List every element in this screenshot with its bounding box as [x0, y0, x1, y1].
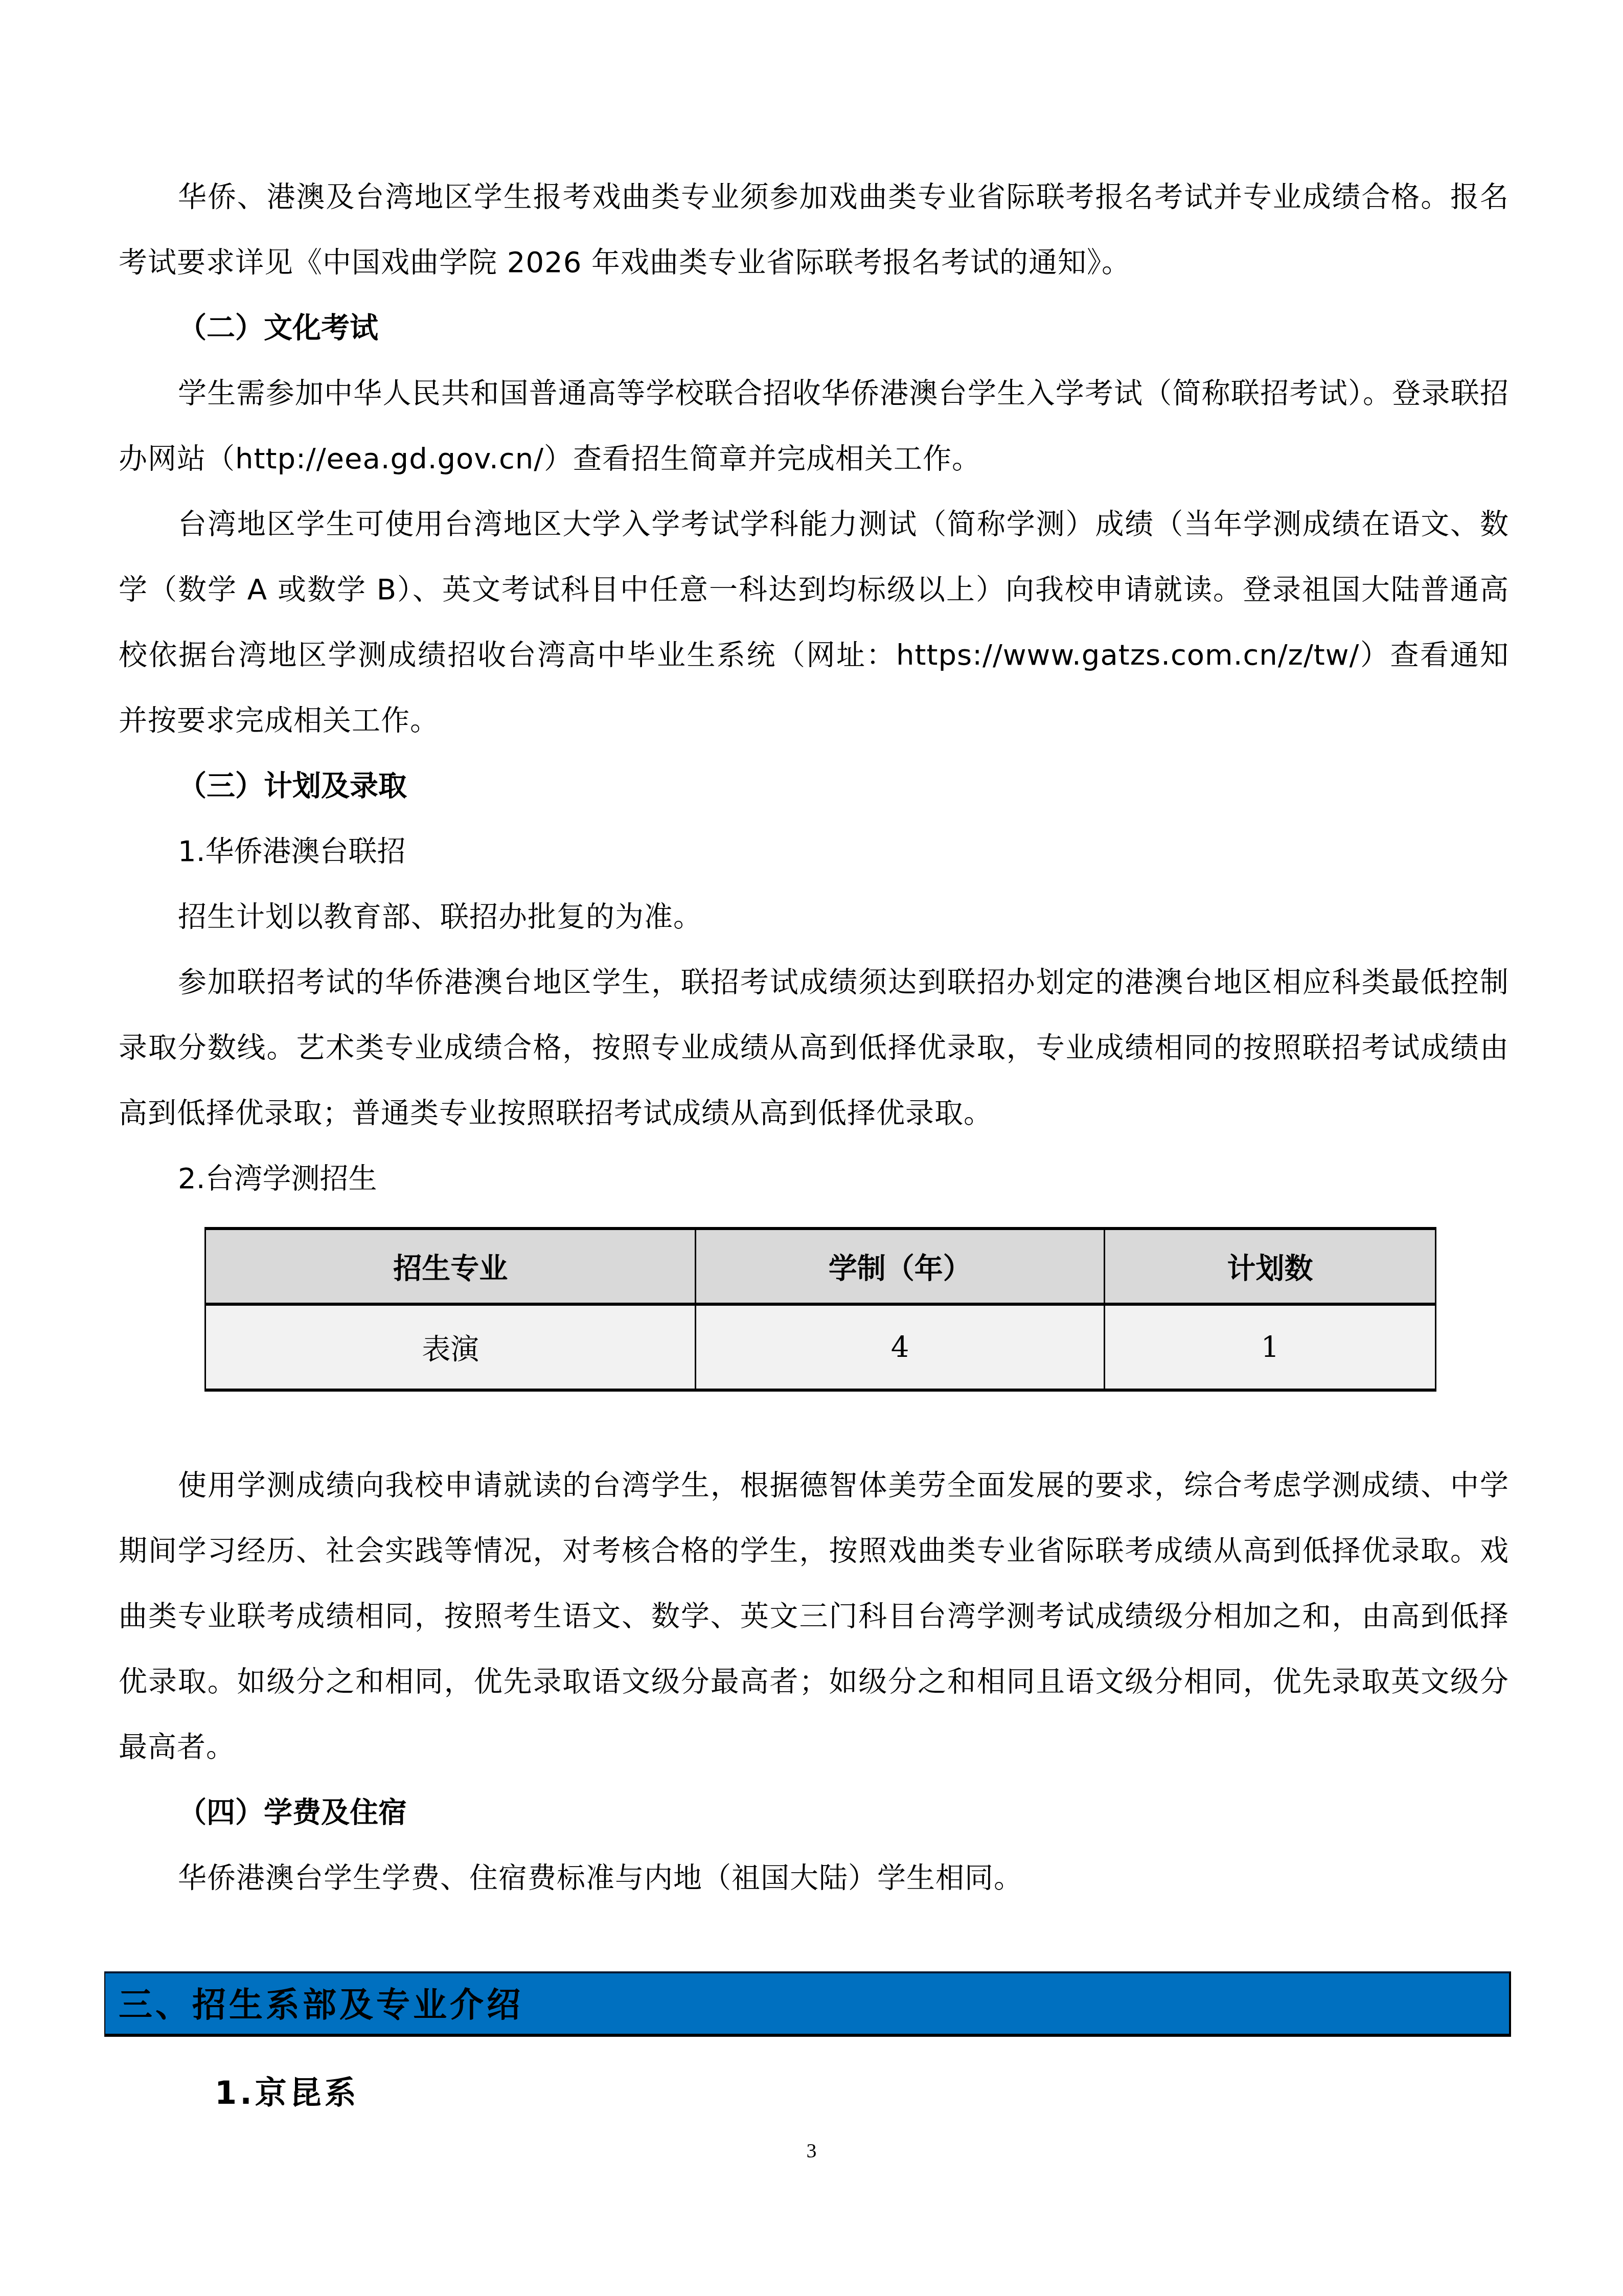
- table-header-row: 招生专业 学制（年） 计划数: [205, 1229, 1436, 1304]
- section-heading-plan-admission: （三）计划及录取: [119, 754, 1509, 819]
- cell-quota: 1: [1104, 1304, 1435, 1390]
- page-number: 3: [0, 2138, 1623, 2164]
- paragraph-admission-rules: 参加联招考试的华侨港澳台地区学生，联招考试成绩须达到联招办划定的港澳台地区相应科…: [119, 950, 1509, 1146]
- subheading-joint-admission: 1.华侨港澳台联招: [119, 819, 1509, 884]
- cell-major: 表演: [205, 1304, 696, 1390]
- section-heading-tuition-housing: （四）学费及住宿: [119, 1780, 1509, 1846]
- page-content: 华侨、港澳及台湾地区学生报考戏曲类专业须参加戏曲类专业省际联考报名考试并专业成绩…: [119, 165, 1509, 1911]
- column-header-quota: 计划数: [1104, 1229, 1435, 1304]
- chapter-banner: 三、招生系部及专业介绍: [104, 1971, 1511, 2037]
- subheading-taiwan-gsat-admission: 2.台湾学测招生: [119, 1146, 1509, 1212]
- paragraph-opera-exam-requirement: 华侨、港澳及台湾地区学生报考戏曲类专业须参加戏曲类专业省际联考报名考试并专业成绩…: [119, 165, 1509, 295]
- paragraph-tuition: 华侨港澳台学生学费、住宿费标准与内地（祖国大陆）学生相同。: [119, 1846, 1509, 1911]
- column-header-major: 招生专业: [205, 1229, 696, 1304]
- department-heading: 1.京昆系: [215, 2073, 359, 2113]
- paragraph-taiwan-admission-rules: 使用学测成绩向我校申请就读的台湾学生，根据德智体美劳全面发展的要求，综合考虑学测…: [119, 1453, 1509, 1780]
- paragraph-joint-exam: 学生需参加中华人民共和国普通高等学校联合招收华侨港澳台学生入学考试（简称联招考试…: [119, 361, 1509, 492]
- chapter-banner-title: 三、招生系部及专业介绍: [119, 1981, 523, 2030]
- section-heading-culture-exam: （二）文化考试: [119, 295, 1509, 361]
- column-header-duration: 学制（年）: [696, 1229, 1105, 1304]
- cell-duration: 4: [696, 1304, 1105, 1390]
- enrollment-plan-table: 招生专业 学制（年） 计划数 表演 4 1: [204, 1227, 1436, 1392]
- document-page: 华侨、港澳及台湾地区学生报考戏曲类专业须参加戏曲类专业省际联考报名考试并专业成绩…: [0, 0, 1623, 2296]
- paragraph-taiwan-gsat: 台湾地区学生可使用台湾地区大学入学考试学科能力测试（简称学测）成绩（当年学测成绩…: [119, 492, 1509, 754]
- table-row: 表演 4 1: [205, 1304, 1436, 1390]
- paragraph-enrollment-plan: 招生计划以教育部、联招办批复的为准。: [119, 884, 1509, 950]
- plan-table-wrapper: 招生专业 学制（年） 计划数 表演 4 1: [119, 1227, 1509, 1392]
